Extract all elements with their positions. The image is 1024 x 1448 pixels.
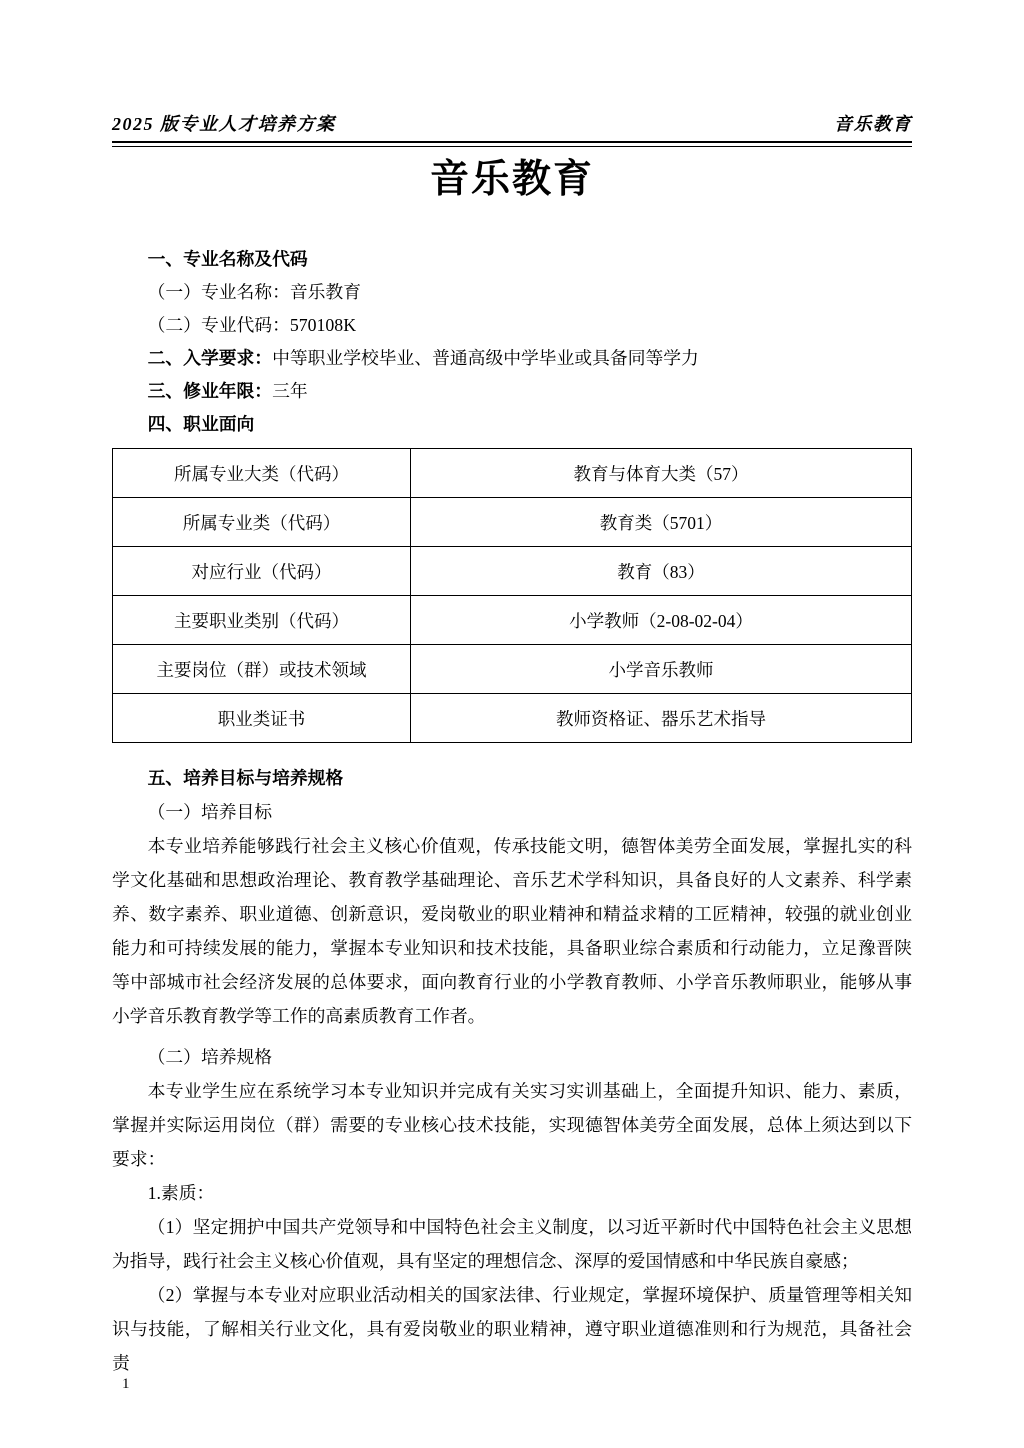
table-label-cell: 对应行业（代码）: [113, 547, 411, 596]
header-divider-thick-line: [112, 141, 912, 143]
duration-text: 三年: [272, 381, 308, 401]
major-code-line: （二）专业代码：570108K: [112, 309, 912, 342]
table-label-cell: 所属专业类（代码）: [113, 498, 411, 547]
table-row: 对应行业（代码） 教育（83）: [113, 547, 912, 596]
table-value-cell: 教育与体育大类（57）: [411, 449, 912, 498]
page-header: 2025 版专业人才培养方案 音乐教育: [112, 112, 912, 147]
training-objective-heading: （一）培养目标: [112, 795, 912, 829]
table-value-cell: 小学音乐教师: [411, 645, 912, 694]
table-label-cell: 所属专业大类（代码）: [113, 449, 411, 498]
section-heading-training: 五、培养目标与培养规格: [112, 761, 912, 795]
training-spec-heading: （二）培养规格: [112, 1040, 912, 1074]
table-value-cell: 教育（83）: [411, 547, 912, 596]
document-body: 一、专业名称及代码 （一）专业名称：音乐教育 （二）专业代码：570108K 二…: [112, 243, 912, 1380]
table-label-cell: 主要岗位（群）或技术领域: [113, 645, 411, 694]
section-heading-career: 四、职业面向: [112, 408, 912, 441]
major-name-line: （一）专业名称：音乐教育: [112, 276, 912, 309]
admission-label: 二、入学要求：: [148, 348, 272, 368]
header-right-text: 音乐教育: [834, 112, 912, 136]
career-table: 所属专业大类（代码） 教育与体育大类（57） 所属专业类（代码） 教育类（570…: [112, 448, 912, 743]
table-row: 所属专业类（代码） 教育类（5701）: [113, 498, 912, 547]
table-label-cell: 职业类证书: [113, 694, 411, 743]
quality-item-1: （1）坚定拥护中国共产党领导和中国特色社会主义制度，以习近平新时代中国特色社会主…: [112, 1210, 912, 1278]
table-value-cell: 小学教师（2-08-02-04）: [411, 596, 912, 645]
table-value-cell: 教师资格证、器乐艺术指导: [411, 694, 912, 743]
document-page: 2025 版专业人才培养方案 音乐教育 音乐教育 一、专业名称及代码 （一）专业…: [0, 0, 1024, 1448]
admission-line: 二、入学要求：中等职业学校毕业、普通高级中学毕业或具备同等学力: [112, 342, 912, 375]
header-divider-thin-line: [112, 146, 912, 147]
table-row: 主要职业类别（代码） 小学教师（2-08-02-04）: [113, 596, 912, 645]
document-title: 音乐教育: [0, 155, 1024, 205]
table-label-cell: 主要职业类别（代码）: [113, 596, 411, 645]
table-row: 职业类证书 教师资格证、器乐艺术指导: [113, 694, 912, 743]
quality-item-2: （2）掌握与本专业对应职业活动相关的国家法律、行业规定，掌握环境保护、质量管理等…: [112, 1278, 912, 1380]
training-spec-paragraph: 本专业学生应在系统学习本专业知识并完成有关实习实训基础上，全面提升知识、能力、素…: [112, 1074, 912, 1176]
duration-label: 三、修业年限：: [148, 381, 272, 401]
quality-heading: 1.素质：: [112, 1176, 912, 1210]
table-row: 所属专业大类（代码） 教育与体育大类（57）: [113, 449, 912, 498]
header-divider: [112, 141, 912, 147]
section-heading-major-name-code: 一、专业名称及代码: [112, 243, 912, 276]
duration-line: 三、修业年限：三年: [112, 375, 912, 408]
training-objective-paragraph: 本专业培养能够践行社会主义核心价值观，传承技能文明，德智体美劳全面发展，掌握扎实…: [112, 829, 912, 1033]
table-value-cell: 教育类（5701）: [411, 498, 912, 547]
page-number: 1: [122, 1374, 130, 1394]
header-left-text: 2025 版专业人才培养方案: [112, 112, 336, 136]
admission-text: 中等职业学校毕业、普通高级中学毕业或具备同等学力: [272, 348, 699, 368]
table-row: 主要岗位（群）或技术领域 小学音乐教师: [113, 645, 912, 694]
